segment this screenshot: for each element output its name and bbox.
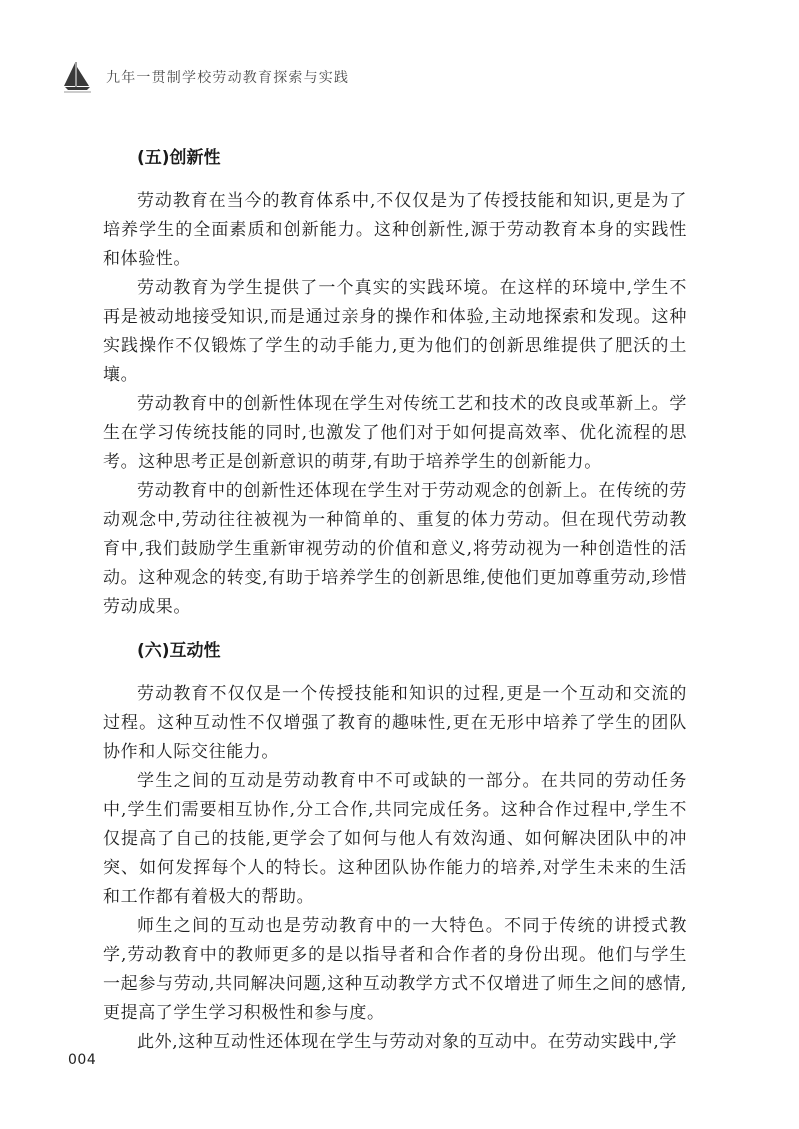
- section-spacer: [103, 622, 687, 636]
- section-heading: (六)互动性: [103, 636, 687, 666]
- section-heading: (五)创新性: [103, 143, 687, 173]
- paragraph: 此外,这种互动性还体现在学生与劳动对象的互动中。在劳动实践中,学: [103, 1028, 687, 1057]
- book-title: 九年一贯制学校劳动教育探索与实践: [106, 67, 349, 87]
- paragraph: 学生之间的互动是劳动教育中不可或缺的一部分。在共同的劳动任务中,学生们需要相互协…: [103, 767, 687, 912]
- section-innovation: (五)创新性 劳动教育在当今的教育体系中,不仅仅是为了传授技能和知识,更是为了培…: [103, 143, 687, 622]
- paragraph: 师生之间的互动也是劳动教育中的一大特色。不同于传统的讲授式教学,劳动教育中的教师…: [103, 912, 687, 1028]
- section-interactivity: (六)互动性 劳动教育不仅仅是一个传授技能和知识的过程,更是一个互动和交流的过程…: [103, 636, 687, 1057]
- sailboat-icon: [62, 61, 92, 93]
- paragraph: 劳动教育不仅仅是一个传授技能和知识的过程,更是一个互动和交流的过程。这种互动性不…: [103, 680, 687, 767]
- page-number: 004: [68, 1052, 96, 1068]
- page-body: (五)创新性 劳动教育在当今的教育体系中,不仅仅是为了传授技能和知识,更是为了培…: [103, 143, 687, 1057]
- paragraph: 劳动教育中的创新性体现在学生对传统工艺和技术的改良或革新上。学生在学习传统技能的…: [103, 390, 687, 477]
- paragraph: 劳动教育在当今的教育体系中,不仅仅是为了传授技能和知识,更是为了培养学生的全面素…: [103, 187, 687, 274]
- paragraph: 劳动教育为学生提供了一个真实的实践环境。在这样的环境中,学生不再是被动地接受知识…: [103, 274, 687, 390]
- running-head: 九年一贯制学校劳动教育探索与实践: [62, 60, 349, 94]
- paragraph: 劳动教育中的创新性还体现在学生对于劳动观念的创新上。在传统的劳动观念中,劳动往往…: [103, 477, 687, 622]
